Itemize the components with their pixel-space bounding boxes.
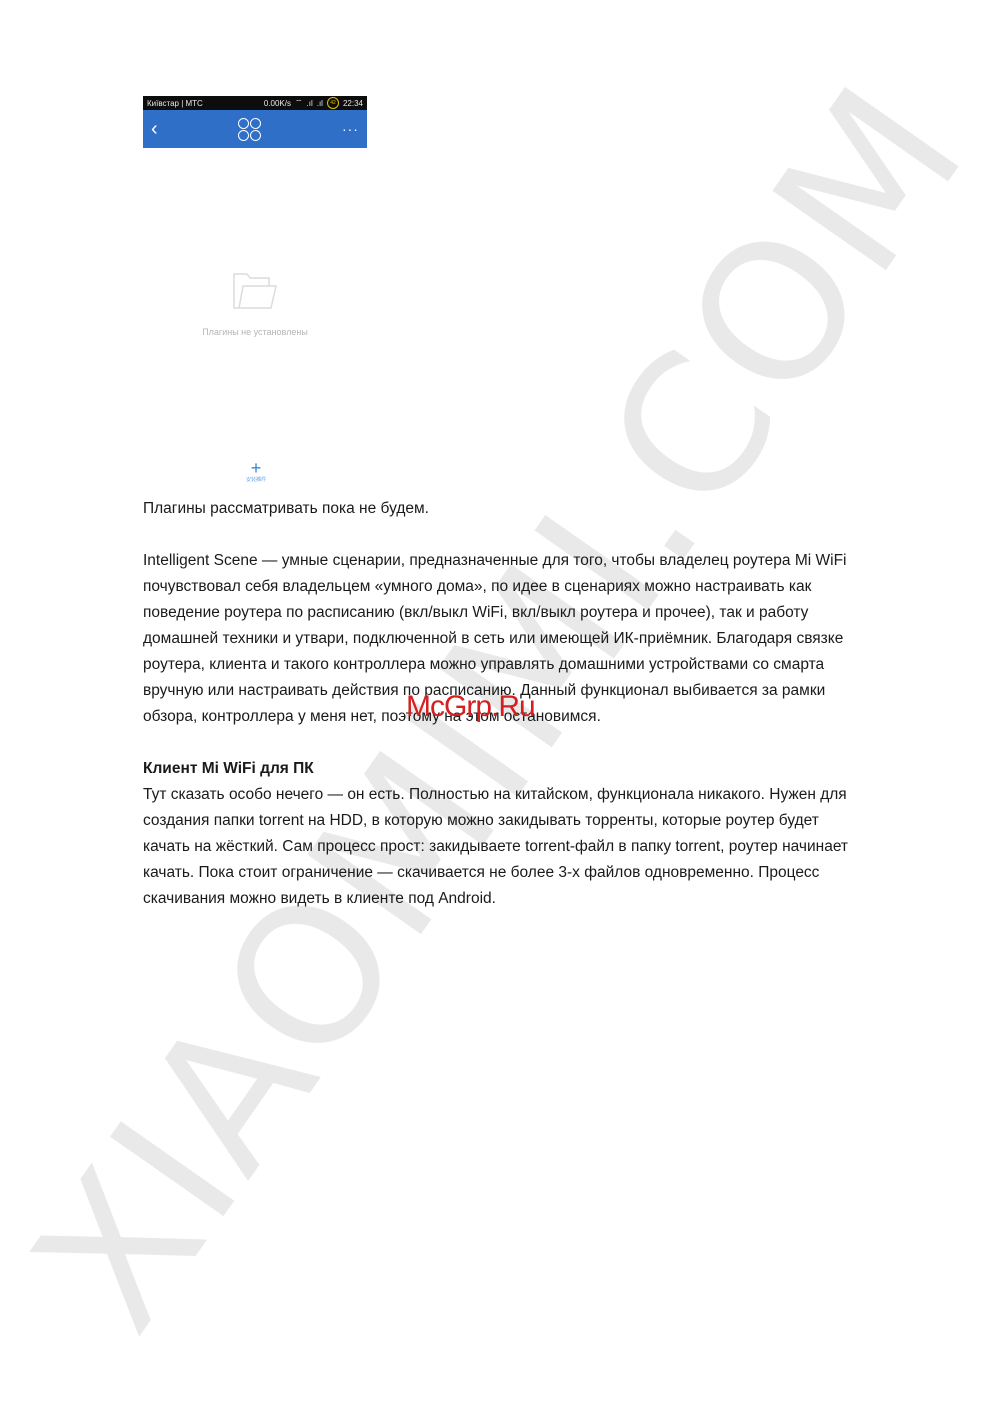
carrier-label: Київстар | МТС — [147, 99, 203, 108]
plus-icon: + — [236, 460, 276, 476]
text-line: поведение роутера по расписанию (вкл/вык… — [143, 600, 933, 626]
paragraph-plugins: Плагины рассматривать пока не будем. — [143, 496, 933, 522]
signal-icon: .ıl — [307, 99, 313, 108]
battery-icon: 42 — [327, 97, 339, 109]
text-line: домашней техники и утвари, подключенной … — [143, 626, 933, 652]
text-line: роутера, клиента и такого контроллера мо… — [143, 652, 933, 678]
text-line: вручную или настраивать действия по расп… — [143, 678, 933, 704]
text-line: создания папки torrent на HDD, в которую… — [143, 808, 933, 834]
text-line: почувствовал себя владельцем «умного дом… — [143, 574, 933, 600]
paragraph-intelligent-scene: Intelligent Scene — умные сценарии, пред… — [143, 548, 933, 730]
clock: 22:34 — [343, 99, 363, 108]
plugins-grid-icon[interactable] — [238, 118, 261, 141]
article-body: Плагины рассматривать пока не будем. Int… — [143, 496, 933, 912]
network-speed: 0.00K/s — [264, 99, 291, 108]
folder-icon — [231, 270, 279, 312]
text-line: обзора, контроллера у меня нет, поэтому … — [143, 704, 933, 730]
phone-screenshot: Київстар | МТС 0.00K/s ⌔ .ıl .ıl 42 22:3… — [143, 96, 367, 148]
empty-state-label: Плагины не установлены — [190, 327, 320, 337]
empty-state: Плагины не установлены — [190, 270, 320, 337]
install-plugin-label: 安装插件 — [236, 476, 276, 483]
text-line: качать. Пока стоит ограничение — скачива… — [143, 860, 933, 886]
text-line: Intelligent Scene — умные сценарии, пред… — [143, 548, 933, 574]
text-line: качать на жёсткий. Сам процесс прост: за… — [143, 834, 933, 860]
section-heading: Клиент Mi WiFi для ПК — [143, 756, 933, 782]
install-plugin-button[interactable]: + 安装插件 — [236, 460, 276, 483]
more-dots-icon[interactable]: ··· — [342, 121, 359, 137]
wifi-icon: ⌔ — [295, 98, 303, 108]
text-line: Тут сказать особо нечего — он есть. Полн… — [143, 782, 933, 808]
app-bar: ‹ ··· — [143, 110, 367, 148]
paragraph-pc-client: Тут сказать особо нечего — он есть. Полн… — [143, 782, 933, 912]
chevron-left-icon[interactable]: ‹ — [151, 119, 158, 139]
status-bar: Київстар | МТС 0.00K/s ⌔ .ıl .ıl 42 22:3… — [143, 96, 367, 110]
text-line: скачивания можно видеть в клиенте под An… — [143, 886, 933, 912]
signal-icon-2: .ıl — [317, 99, 323, 108]
